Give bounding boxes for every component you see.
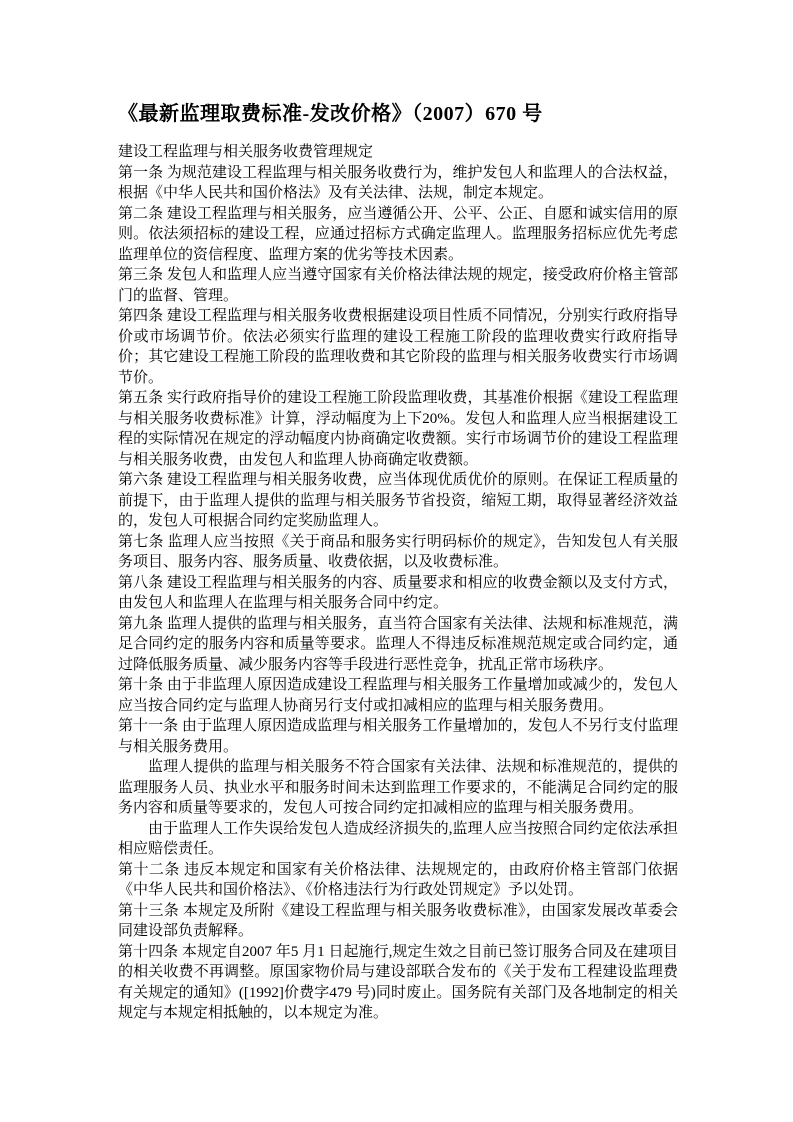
paragraph: 第六条 建设工程监理与相关服务收费，应当体现优质优价的原则。在保证工程质量的前提… (118, 470, 678, 532)
document-title: 《最新监理取费标准-发改价格》（2007）670 号 (118, 101, 678, 127)
paragraph: 监理人提供的监理与相关服务不符合国家有关法律、法规和标准规范的，提供的监理服务人… (118, 757, 678, 819)
paragraph: 第十条 由于非监理人原因造成建设工程监理与相关服务工作量增加或减少的，发包人应当… (118, 675, 678, 716)
document-page: 《最新监理取费标准-发改价格》（2007）670 号 建设工程监理与相关服务收费… (0, 0, 793, 1122)
paragraph: 第十四条 本规定自2007 年5 月1 日起施行,规定生效之目前已签订服务合同及… (118, 942, 678, 1024)
paragraph: 第九条 监理人提供的监理与相关服务，直当符合国家有关法律、法规和标准规范，满足合… (118, 614, 678, 676)
document-subtitle: 建设工程监理与相关服务收费管理规定 (118, 142, 678, 163)
paragraph: 第十一条 由于监理人原因造成监理与相关服务工作量增加的，发包人不另行支付监理与相… (118, 716, 678, 757)
paragraph: 第五条 实行政府指导价的建设工程施工阶段监理收费，其基准价根据《建设工程监理与相… (118, 388, 678, 470)
paragraph: 第一条 为规范建设工程监理与相关服务收费行为，维护发包人和监理人的合法权益，根据… (118, 163, 678, 204)
document-paragraphs: 第一条 为规范建设工程监理与相关服务收费行为，维护发包人和监理人的合法权益，根据… (118, 163, 678, 1024)
paragraph: 第四条 建设工程监理与相关服务收费根据建设项目性质不同情况，分别实行政府指导价或… (118, 306, 678, 388)
paragraph: 第二条 建设工程监理与相关服务，应当遵循公开、公平、公正、自愿和诚实信用的原则。… (118, 204, 678, 266)
paragraph: 第八条 建设工程监理与相关服务的内容、质量要求和相应的收费金额以及支付方式，由发… (118, 573, 678, 614)
paragraph: 第三条 发包人和监理人应当遵守国家有关价格法律法规的规定，接受政府价格主管部门的… (118, 265, 678, 306)
paragraph: 由于监理人工作失误给发包人造成经济损失的,监理人应当按照合同约定依法承担相应赔偿… (118, 819, 678, 860)
paragraph: 第十三条 本规定及所附《建设工程监理与相关服务收费标准》，由国家发展改革委会同建… (118, 901, 678, 942)
document-content: 《最新监理取费标准-发改价格》（2007）670 号 建设工程监理与相关服务收费… (0, 0, 793, 1024)
paragraph: 第七条 监理人应当按照《关于商品和服务实行明码标价的规定》，告知发包人有关服务项… (118, 532, 678, 573)
paragraph: 第十二条 违反本规定和国家有关价格法律、法规规定的，由政府价格主管部门依据《中华… (118, 860, 678, 901)
